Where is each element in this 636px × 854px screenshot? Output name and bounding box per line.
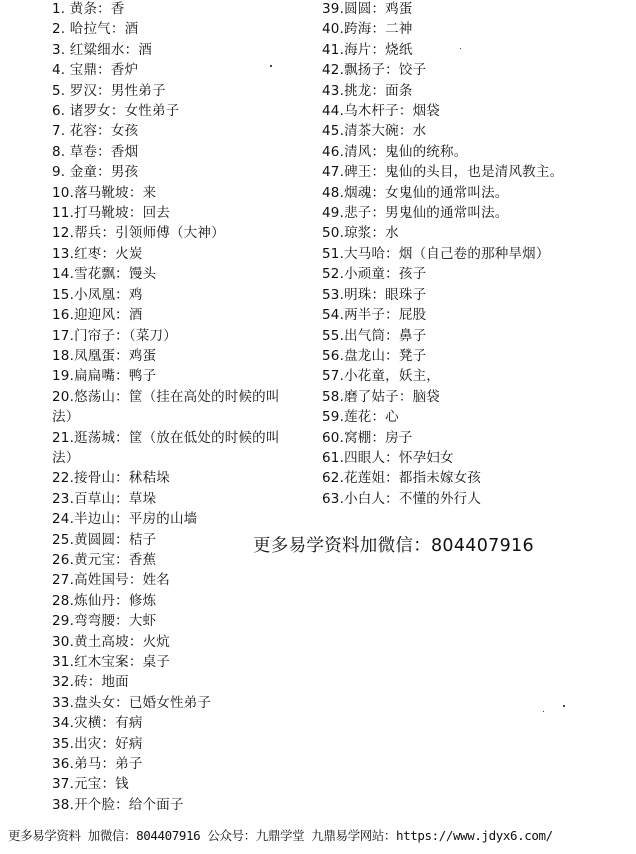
- list-item: 58.磨了姑子：脑袋: [322, 387, 632, 407]
- list-item: 36.弟马：弟子: [52, 754, 312, 774]
- list-item: 50.琼浆：水: [322, 223, 632, 243]
- glossary-column-left: 1. 黄条：香 2. 哈拉气：酒 3. 红粱细水：酒 4. 宝鼎：香炉 5. 罗…: [52, 0, 312, 815]
- list-item: 41.海片：烧纸: [322, 40, 632, 60]
- list-item: 18.凤凰蛋：鸡蛋: [52, 346, 312, 366]
- list-item: 23.百草山：草垛: [52, 489, 312, 509]
- list-item: 6. 诸罗女：女性弟子: [52, 101, 312, 121]
- scan-speck: [563, 705, 565, 707]
- list-item: 54.两半子：屁股: [322, 305, 632, 325]
- list-item: 40.跨海：二神: [322, 19, 632, 39]
- list-item: 44.乌木杆子：烟袋: [322, 101, 632, 121]
- list-item: 49.悲子：男鬼仙的通常叫法。: [322, 203, 632, 223]
- list-item: 32.砖：地面: [52, 672, 312, 692]
- list-item: 55.出气筒：鼻子: [322, 326, 632, 346]
- list-item: 51.大马哈：烟（自己卷的那种旱烟）: [322, 244, 632, 264]
- list-item: 7. 花容：女孩: [52, 121, 312, 141]
- list-item: 33.盘头女：已婚女性弟子: [52, 693, 312, 713]
- list-item: 34.灾横：有病: [52, 713, 312, 733]
- list-item: 43.挑龙：面条: [322, 81, 632, 101]
- list-item: 24.半边山：平房的山墙: [52, 509, 312, 529]
- list-item: 62.花莲姐：都指未嫁女孩: [322, 468, 632, 488]
- list-item: 57.小花童，妖主，: [322, 366, 632, 386]
- list-item: 2. 哈拉气：酒: [52, 19, 312, 39]
- list-item: 5. 罗汉：男性弟子: [52, 81, 312, 101]
- list-item: 47.碑王：鬼仙的头目，也是清风教主。: [322, 162, 632, 182]
- promo-text: 更多易学资料加微信：804407916: [253, 532, 534, 557]
- scan-speck: [460, 48, 461, 49]
- scan-speck: [270, 65, 272, 67]
- list-item: 61.四眼人：怀孕妇女: [322, 448, 632, 468]
- list-item: 21.逛荡城：筐（放在低处的时候的叫法）: [52, 428, 300, 469]
- list-item: 37.元宝：钱: [52, 774, 312, 794]
- list-item: 10.落马靴坡：来: [52, 183, 312, 203]
- list-item: 1. 黄条：香: [52, 0, 312, 19]
- list-item: 60.窝棚：房子: [322, 428, 632, 448]
- list-item: 38.开个脸：给个面子: [52, 795, 312, 815]
- list-item: 15.小凤凰：鸡: [52, 285, 312, 305]
- list-item: 63.小白人：不懂的外行人: [322, 489, 632, 509]
- list-item: 39.圆圆：鸡蛋: [322, 0, 632, 19]
- list-item: 48.烟魂：女鬼仙的通常叫法。: [322, 183, 632, 203]
- glossary-column-right: 39.圆圆：鸡蛋 40.跨海：二神 41.海片：烧纸 42.飘扬子：饺子 43.…: [322, 0, 632, 509]
- list-item: 35.出灾：好病: [52, 734, 312, 754]
- list-item: 4. 宝鼎：香炉: [52, 60, 312, 80]
- list-item: 52.小顽童：孩子: [322, 264, 632, 284]
- scan-speck: [543, 711, 544, 712]
- list-item: 9. 金童：男孩: [52, 162, 312, 182]
- list-item: 8. 草卷：香烟: [52, 142, 312, 162]
- list-item: 14.雪花飘：馒头: [52, 264, 312, 284]
- list-item: 13.红枣：火炭: [52, 244, 312, 264]
- list-item: 31.红木宝案：桌子: [52, 652, 312, 672]
- list-item: 12.帮兵：引领师傅（大神）: [52, 223, 312, 243]
- list-item: 30.黄土高坡：火炕: [52, 632, 312, 652]
- list-item: 16.迎迎风：酒: [52, 305, 312, 325]
- list-item: 28.炼仙丹：修炼: [52, 591, 312, 611]
- list-item: 11.打马靴坡：回去: [52, 203, 312, 223]
- list-item: 17.门帘子：（菜刀）: [52, 326, 312, 346]
- list-item: 19.扁扁嘴：鸭子: [52, 366, 312, 386]
- list-item: 59.莲花：心: [322, 407, 632, 427]
- list-item: 22.接骨山：秫秸垛: [52, 468, 312, 488]
- list-item: 27.高姓国号：姓名: [52, 570, 312, 590]
- list-item: 20.悠荡山：筐（挂在高处的时候的叫法）: [52, 387, 300, 428]
- list-item: 42.飘扬子：饺子: [322, 60, 632, 80]
- list-item: 46.清风：鬼仙的统称。: [322, 142, 632, 162]
- list-item: 53.明珠：眼珠子: [322, 285, 632, 305]
- list-item: 3. 红粱细水：酒: [52, 40, 312, 60]
- list-item: 45.清茶大碗：水: [322, 121, 632, 141]
- list-item: 56.盘龙山：凳子: [322, 346, 632, 366]
- footer-watermark: 更多易学资料 加微信：804407916 公众号：九鼎学堂 九鼎易学网站：htt…: [8, 826, 553, 844]
- list-item: 29.弯弯腰：大虾: [52, 611, 312, 631]
